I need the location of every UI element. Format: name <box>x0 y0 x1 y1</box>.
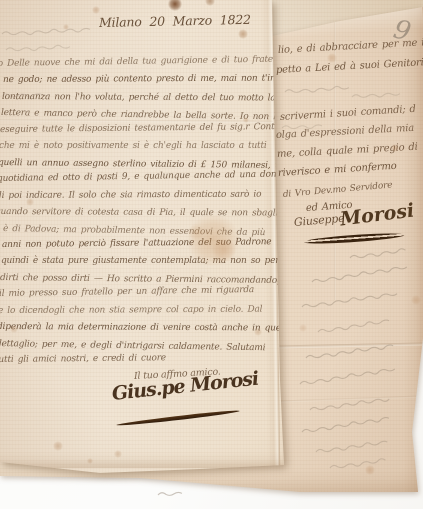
foxing-spot <box>238 29 248 39</box>
page-edge-shading <box>261 0 281 472</box>
scanned-letter-photo: lio, e di abbracciare per me ilpetto a L… <box>0 0 423 509</box>
show-through-stroke <box>302 416 390 434</box>
signature-flourish <box>116 409 240 427</box>
back-sheet-edge <box>0 0 423 509</box>
show-through-stroke <box>6 45 70 52</box>
pencil-collector-mark: 9 <box>391 16 413 45</box>
foxing-spot <box>92 6 100 14</box>
handwriting-line: scrivermi i suoi comandi; d <box>280 105 416 123</box>
foxing-spot <box>365 465 375 475</box>
show-through-stroke <box>330 458 386 470</box>
show-through-stroke <box>2 92 50 98</box>
foxing-spot <box>254 328 262 336</box>
handwriting-line: tutti gli amici nostri, e credi di cuore <box>0 354 166 365</box>
handwriting-line: dettaglio; per me, e degli d'intrigarsi … <box>0 340 265 353</box>
signature-giuseppe-morosi: Gius.pe Morosi <box>111 370 259 404</box>
handwriting-line: quotidiana ed otto di pasti 9, e qualunq… <box>0 171 287 185</box>
foxing-spot <box>87 458 93 464</box>
foxing-spot <box>168 0 182 11</box>
handwriting-line: di Vro Dev.mo Servidore <box>283 181 393 200</box>
foxing-spot <box>26 198 34 206</box>
handwriting-line: io Delle nuove che mi dai della tua guar… <box>0 55 284 69</box>
ink-show-through <box>0 0 423 509</box>
foxing-spot <box>391 144 399 152</box>
handwriting-line: lio, e di abbracciare per me il <box>278 38 423 56</box>
handwriting-line: petto a Lei ed à suoi Genitori <box>276 58 423 76</box>
handwriting-line: eseguire tutte le disposizioni testament… <box>0 123 280 135</box>
show-through-stroke <box>316 440 388 454</box>
handwriting-line: che mi è noto positivamente si è ch'egli… <box>0 142 267 151</box>
show-through-stroke <box>282 124 322 130</box>
foxing-spot <box>188 224 204 240</box>
foxing-spot <box>53 441 63 451</box>
handwriting-line: il mio presso suo fratello per un affare… <box>0 286 254 299</box>
foxing-spot <box>243 117 249 123</box>
foxing-spot <box>114 450 122 458</box>
crease-line <box>276 395 423 402</box>
show-through-stroke <box>350 248 406 260</box>
foxing-spot <box>187 214 239 266</box>
foxing-spot <box>327 53 337 63</box>
foxing-spot <box>212 238 236 262</box>
show-through-stroke <box>302 292 398 309</box>
show-through-stroke <box>158 491 182 496</box>
foxing-spot <box>299 324 307 332</box>
show-through-stroke <box>310 397 390 412</box>
handwriting-line: di poi indicare. Il solo che sia rimasto… <box>0 190 261 200</box>
page-edge-shading <box>403 0 423 495</box>
show-through-stroke <box>2 27 90 36</box>
handwriting-line: dirti che posso dirti — Ho scritto a Pie… <box>0 274 288 286</box>
handwriting-line: è di Padova; ma probabilmente non essend… <box>3 225 265 238</box>
handwriting-line: quelli un annuo assegno sterlino vitaliz… <box>0 159 291 171</box>
foxing-spots-layer <box>0 0 423 509</box>
page-edge-shading <box>0 452 285 468</box>
handwriting-line: quando servitore di cotesta casa di Pia,… <box>0 208 283 219</box>
foxing-spot <box>205 0 215 6</box>
handwriting-line: riverisco e mi confermo <box>278 162 397 179</box>
show-through-stroke <box>285 86 349 94</box>
letter-page-left: Milano 20 Marzo 1822 io Delle nuove che … <box>0 0 423 509</box>
handwriting-line: olga d'espressioni della mia <box>276 124 415 141</box>
signature-flourish <box>303 231 405 245</box>
handwriting-line: dipenderà la mia determinazione di venir… <box>0 323 294 334</box>
letter-page-right: lio, e di abbracciare per me ilpetto a L… <box>0 0 423 509</box>
dateline: Milano 20 Marzo 1822 <box>99 14 251 30</box>
handwriting-line: lontananza non l'ho voluta, perché al de… <box>2 93 306 104</box>
crease-line <box>276 342 423 348</box>
handwriting-line: quindi è stata pure giustamente contempl… <box>1 257 279 266</box>
foxing-spot <box>63 24 69 30</box>
show-through-stroke <box>352 92 400 99</box>
show-through-stroke <box>312 265 407 284</box>
handwriting-line: anni non potuto perciò fissare l'attuazi… <box>2 238 272 250</box>
foxing-spot <box>10 325 18 333</box>
show-through-stroke <box>306 344 394 360</box>
page-edge-shading <box>269 3 423 40</box>
signature-morosi: Morosi <box>339 200 415 231</box>
handwriting-line: ed Amico <box>306 201 353 214</box>
handwriting-line: Giuseppe <box>294 213 345 228</box>
handwriting-line: ne godo; ne adesso più contento presto d… <box>3 75 322 86</box>
page-edge-shading <box>0 468 423 494</box>
closing-valediction: Il tuo affmo amico. <box>134 367 221 381</box>
show-through-stroke <box>300 367 395 386</box>
crease-line <box>334 0 336 300</box>
show-through-stroke <box>318 319 390 334</box>
handwriting-line: e lo dicendogli che non stia sempre col … <box>0 305 262 315</box>
handwriting-line: lettera e manco però che riandrebbe la b… <box>1 109 284 122</box>
handwriting-line: me, colla quale mi pregio di <box>277 143 418 160</box>
crease-line <box>0 119 273 123</box>
foxing-spot <box>411 295 421 305</box>
